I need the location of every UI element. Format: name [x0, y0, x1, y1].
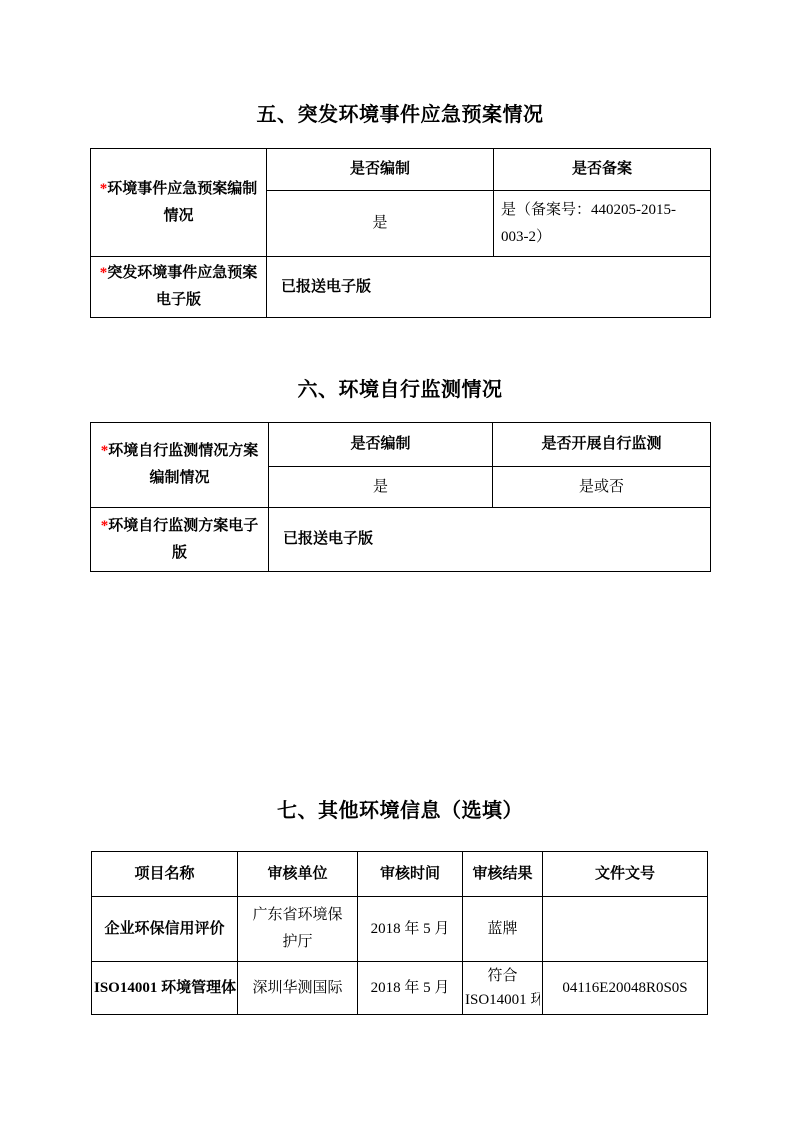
- column-header: 是否开展自行监测: [493, 423, 711, 467]
- row-label-cell: *环境自行监测情况方案编制情况: [91, 423, 269, 508]
- table-row: *环境事件应急预案编制情况 是否编制 是否备案: [91, 149, 711, 191]
- other-info-table: 项目名称 审核单位 审核时间 审核结果 文件文号 企业环保信用评价 广东省环境保…: [91, 851, 708, 1015]
- doc-number-cell: [543, 897, 708, 962]
- column-header: 审核单位: [238, 852, 358, 897]
- row-label: 环境自行监测情况方案编制情况: [108, 443, 258, 486]
- column-header: 是否备案: [494, 149, 711, 191]
- row-label-cell: *环境事件应急预案编制情况: [91, 149, 267, 257]
- table-header-row: 项目名称 审核单位 审核时间 审核结果 文件文号: [92, 852, 708, 897]
- document-page: 五、突发环境事件应急预案情况 *环境事件应急预案编制情况 是否编制 是否备案 是…: [0, 0, 800, 1131]
- column-header: 项目名称: [92, 852, 238, 897]
- column-header: 审核结果: [463, 852, 543, 897]
- project-name-cell: ISO14001 环境管理体: [92, 962, 238, 1015]
- table-row: *突发环境事件应急预案电子版 已报送电子版: [91, 257, 711, 318]
- audit-unit-cell: 深圳华测国际: [238, 962, 358, 1015]
- section-7-title: 七、其他环境信息（选填）: [0, 799, 800, 823]
- cell-value: 已报送电子版: [269, 508, 711, 572]
- table-row: 企业环保信用评价 广东省环境保护厅 2018 年 5 月 蓝牌: [92, 897, 708, 962]
- doc-number-cell: 04116E20048R0S0S: [543, 962, 708, 1015]
- table-row: ISO14001 环境管理体 深圳华测国际 2018 年 5 月 符合ISO14…: [92, 962, 708, 1015]
- column-header: 审核时间: [358, 852, 463, 897]
- column-header: 是否编制: [267, 149, 494, 191]
- cell-value: 是: [267, 191, 494, 257]
- result-line-1: 蓝牌: [465, 917, 540, 941]
- row-label: 环境事件应急预案编制情况: [107, 181, 257, 224]
- row-label: 突发环境事件应急预案电子版: [107, 265, 257, 308]
- audit-time-cell: 2018 年 5 月: [358, 897, 463, 962]
- project-name-cell: 企业环保信用评价: [92, 897, 238, 962]
- section-5-title: 五、突发环境事件应急预案情况: [0, 103, 800, 127]
- row-label-cell: *突发环境事件应急预案电子版: [91, 257, 267, 318]
- cell-value: 是（备案号：440205-2015-003-2）: [494, 191, 711, 257]
- column-header: 是否编制: [269, 423, 493, 467]
- result-line-1: 符合: [465, 964, 540, 988]
- emergency-plan-table: *环境事件应急预案编制情况 是否编制 是否备案 是 是（备案号：440205-2…: [90, 148, 711, 318]
- audit-result-cell: 蓝牌: [463, 897, 543, 962]
- audit-result-cell: 符合ISO14001 环: [463, 962, 543, 1015]
- table-row: *环境自行监测情况方案编制情况 是否编制 是否开展自行监测: [91, 423, 711, 467]
- row-label: 环境自行监测方案电子版: [108, 518, 258, 561]
- cell-value: 已报送电子版: [267, 257, 711, 318]
- self-monitoring-table: *环境自行监测情况方案编制情况 是否编制 是否开展自行监测 是 是或否 *环境自…: [90, 422, 711, 572]
- section-6-title: 六、环境自行监测情况: [0, 378, 800, 402]
- cell-value: 是: [269, 467, 493, 508]
- cell-value: 是或否: [493, 467, 711, 508]
- audit-unit-cell: 广东省环境保护厅: [238, 897, 358, 962]
- row-label-cell: *环境自行监测方案电子版: [91, 508, 269, 572]
- result-line-2: ISO14001 环: [465, 988, 540, 1012]
- audit-time-cell: 2018 年 5 月: [358, 962, 463, 1015]
- table-row: *环境自行监测方案电子版 已报送电子版: [91, 508, 711, 572]
- column-header: 文件文号: [543, 852, 708, 897]
